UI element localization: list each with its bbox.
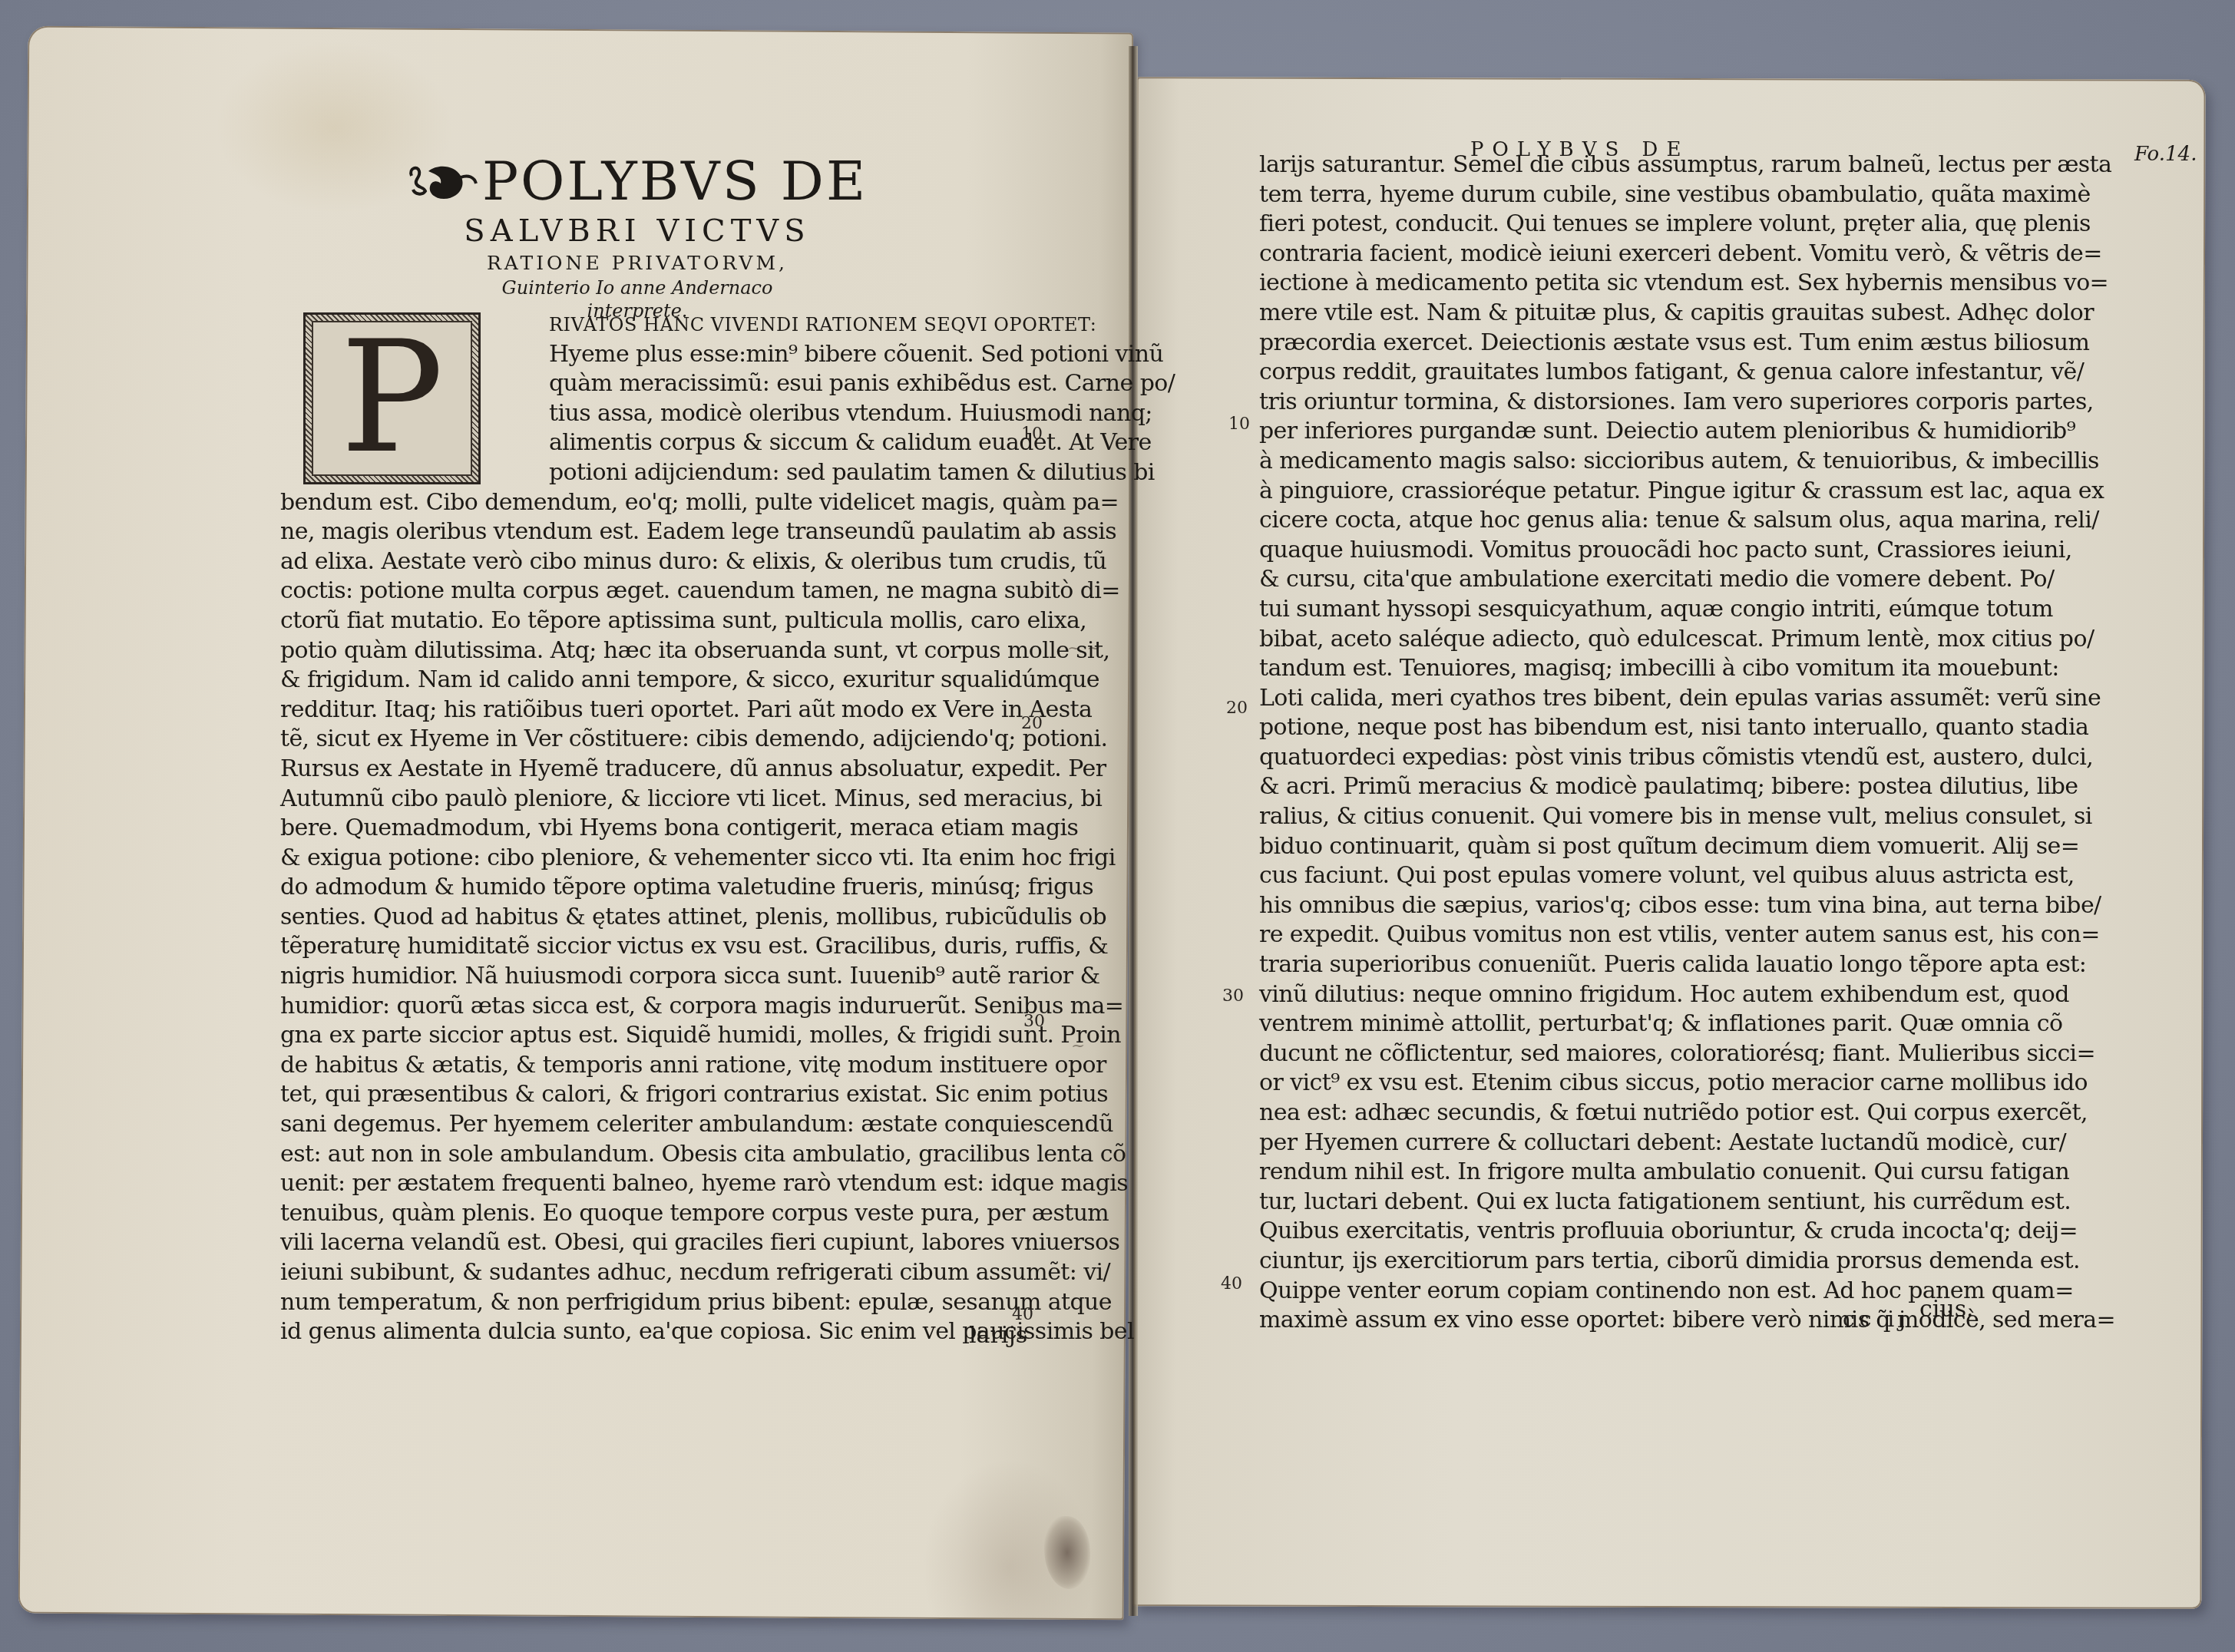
text-line: or vict⁹ ex vsu est. Etenim cibus siccus…: [1259, 1069, 1958, 1099]
text-line: ducunt ne cõflictentur, sed maiores, col…: [1259, 1039, 1958, 1069]
line-number: 10: [1228, 415, 1250, 434]
text-line: num temperatum, & non perfrigidum prius …: [280, 1288, 1029, 1318]
text-line: tius assa, modicè oleribus vtendum. Huiu…: [280, 399, 1029, 429]
text-line: rendum nihil est. In frigore multa ambul…: [1259, 1158, 1958, 1188]
text-line: tur, luctari debent. Qui ex lucta fatiga…: [1259, 1188, 1958, 1218]
text-line: sani degemus. Per hyemem celeriter ambul…: [280, 1110, 1029, 1140]
catchword: larijs: [969, 1322, 1027, 1349]
text-line: est: aut non in sole ambulandum. Obesis …: [280, 1140, 1029, 1170]
text-line: ad elixa. Aestate verò cibo minus duro: …: [280, 547, 1029, 577]
line-number: 30: [1222, 986, 1244, 1006]
text-line: his omnibus die sæpius, varios'q; cibos …: [1259, 891, 1958, 921]
text-line: per inferiores purgandæ sunt. Deiectio a…: [1259, 417, 1958, 447]
text-line: uenit: per æstatem frequenti balneo, hye…: [280, 1169, 1029, 1199]
title-main: POLYBVS DE: [399, 154, 875, 209]
text-line: traria superioribus conueniũt. Pueris ca…: [1259, 950, 1958, 980]
text-line: Rursus ex Aestate in Hyemẽ traducere, dũ…: [280, 755, 1029, 785]
title-line-2: SALVBRI VICTVS: [399, 212, 875, 250]
text-line: potio quàm dilutissima. Atq; hæc ita obs…: [280, 636, 1029, 666]
text-line: Loti calida, meri cyathos tres bibent, d…: [1259, 684, 1958, 714]
text-line: vinũ dilutius: neque omnino frigidum. Ho…: [1259, 980, 1958, 1010]
text-line: gna ex parte siccior aptus est. Siquidẽ …: [280, 1021, 1029, 1051]
text-line: redditur. Itaq; his ratiõibus tueri opor…: [280, 695, 1029, 725]
text-line: Quippe venter eorum copiam continendo no…: [1259, 1277, 1958, 1307]
line-number: 40: [1221, 1274, 1242, 1294]
text-line: Hyeme plus esse:min⁹ bibere cõuenit. Sed…: [280, 340, 1029, 370]
text-line: ventrem minimè attollit, perturbat'q; & …: [1259, 1009, 1958, 1039]
signature-mark: cc ij: [1843, 1307, 1910, 1332]
text-line: RIVATOS HANC VIVENDI RATIONEM SEQVI OPOR…: [280, 310, 1029, 340]
fleuron-ornament-icon: [407, 160, 478, 202]
text-line: cus faciunt. Qui post epulas vomere volu…: [1259, 861, 1958, 891]
text-line: ieiuni subibunt, & sudantes adhuc, necdu…: [280, 1258, 1029, 1288]
text-line: do admodum & humido tẽpore optima valetu…: [280, 873, 1029, 903]
text-line: humidior: quorũ ætas sicca est, & corpor…: [280, 992, 1029, 1022]
text-line: tẽ, sicut ex Hyeme in Ver cõstituere: ci…: [280, 725, 1029, 755]
left-page-body: RIVATOS HANC VIVENDI RATIONEM SEQVI OPOR…: [280, 310, 1029, 1347]
text-line: quatuordeci expedias: pòst vinis tribus …: [1259, 743, 1958, 773]
text-line: iectione à medicamento petita sic vtendu…: [1259, 269, 1958, 299]
text-line: de habitus & ætatis, & temporis anni rat…: [280, 1051, 1029, 1081]
text-line: tem terra, hyeme durum cubile, sine vest…: [1259, 180, 1958, 210]
text-line: cicere cocta, atque hoc genus alia: tenu…: [1259, 506, 1958, 536]
text-line: potioni adijciendum: sed paulatim tamen …: [280, 458, 1029, 488]
text-line: senties. Quod ad habitus & ętates attine…: [280, 903, 1029, 933]
text-line: biduo continuarit, quàm si post quĩtum d…: [1259, 832, 1958, 862]
title-line-3: RATIONE PRIVATORVM,: [399, 250, 875, 276]
text-line: & exigua potione: cibo pleniore, & vehem…: [280, 844, 1029, 874]
translator-credit: Guinterio Io anne Andernaco: [399, 276, 875, 299]
folio-number: Fo.14.: [2134, 143, 2197, 166]
text-line: à medicamento magis salso: siccioribus a…: [1259, 447, 1958, 477]
text-line: bibat, aceto saléque adiecto, quò edulce…: [1259, 625, 1958, 655]
text-line: Quibus exercitatis, ventris profluuia ob…: [1259, 1217, 1958, 1247]
text-line: contraria facient, modicè ieiuni exercer…: [1259, 240, 1958, 269]
text-line: præcordia exercet. Deiectionis æstate vs…: [1259, 329, 1958, 358]
text-line: & acri. Primũ meracius & modicè paulatim…: [1259, 772, 1958, 802]
line-number: 10: [1021, 425, 1043, 444]
text-line: à pinguiore, crassioréque petatur. Pingu…: [1259, 477, 1958, 507]
text-line: ciuntur, ijs exercitiorum pars tertia, c…: [1259, 1247, 1958, 1277]
text-line: ralius, & citius conuenit. Qui vomere bi…: [1259, 802, 1958, 832]
text-line: quaque huiusmodi. Vomitus prouocãdi hoc …: [1259, 536, 1958, 566]
text-line: corpus reddit, grauitates lumbos fatigan…: [1259, 358, 1958, 388]
text-line: id genus alimenta dulcia sunto, ea'que c…: [280, 1317, 1029, 1347]
text-line: tris oriuntur tormina, & distorsiones. I…: [1259, 388, 1958, 418]
catchword: cius.: [1919, 1296, 1974, 1323]
text-line: larijs saturantur. Semel die cibus assum…: [1259, 150, 1958, 180]
text-line: & cursu, cita'que ambulatione exercitati…: [1259, 565, 1958, 595]
text-line: coctis: potione multa corpus æget. cauen…: [280, 577, 1029, 606]
text-line: tenuibus, quàm plenis. Eo quoque tempore…: [280, 1199, 1029, 1229]
text-line: & frigidum. Nam id calido anni tempore, …: [280, 666, 1029, 695]
text-line: tandum est. Tenuiores, magisq; imbecilli…: [1259, 654, 1958, 684]
text-line: bendum est. Cibo demendum, eo'q; molli, …: [280, 488, 1029, 518]
text-line: tẽperaturę humiditatẽ siccior victus ex …: [280, 932, 1029, 962]
book-gutter: [1129, 46, 1138, 1616]
text-line: tui sumant hyssopi sesquicyathum, aquæ c…: [1259, 595, 1958, 625]
text-line: ne, magis oleribus vtendum est. Eadem le…: [280, 517, 1029, 547]
text-line: bere. Quemadmodum, vbi Hyems bona contig…: [280, 814, 1029, 844]
text-line: alimentis corpus & siccum & calidum euad…: [280, 428, 1029, 458]
right-page-body: larijs saturantur. Semel die cibus assum…: [1259, 150, 1958, 1336]
title-block: POLYBVS DE SALVBRI VICTVS RATIONE PRIVAT…: [399, 154, 875, 322]
text-line: nea est: adhæc secundis, & fœtui nutriẽd…: [1259, 1099, 1958, 1128]
text-line: quàm meracissimũ: esui panis exhibẽdus e…: [280, 369, 1029, 399]
text-line: mere vtile est. Nam & pituitæ plus, & ca…: [1259, 299, 1958, 329]
text-line: potione, neque post has bibendum est, ni…: [1259, 713, 1958, 743]
line-number: 30: [1023, 1012, 1045, 1031]
text-line: re expedit. Quibus vomitus non est vtili…: [1259, 920, 1958, 950]
line-number: 20: [1021, 714, 1043, 733]
text-line: tet, qui præsentibus & calori, & frigori…: [280, 1080, 1029, 1110]
text-line: nigris humidior. Nã huiusmodi corpora si…: [280, 962, 1029, 992]
line-number: 20: [1226, 699, 1248, 718]
text-line: Autumnũ cibo paulò pleniore, & licciore …: [280, 785, 1029, 814]
text-line: fieri potest, conducit. Qui tenues se im…: [1259, 210, 1958, 240]
text-line: ctorũ fiat mutatio. Eo tẽpore aptissima …: [280, 606, 1029, 636]
title-line-1: POLYBVS DE: [482, 154, 868, 209]
text-line: vili lacerna velandũ est. Obesi, qui gra…: [280, 1228, 1029, 1258]
text-line: per Hyemen currere & colluctari debent: …: [1259, 1128, 1958, 1158]
